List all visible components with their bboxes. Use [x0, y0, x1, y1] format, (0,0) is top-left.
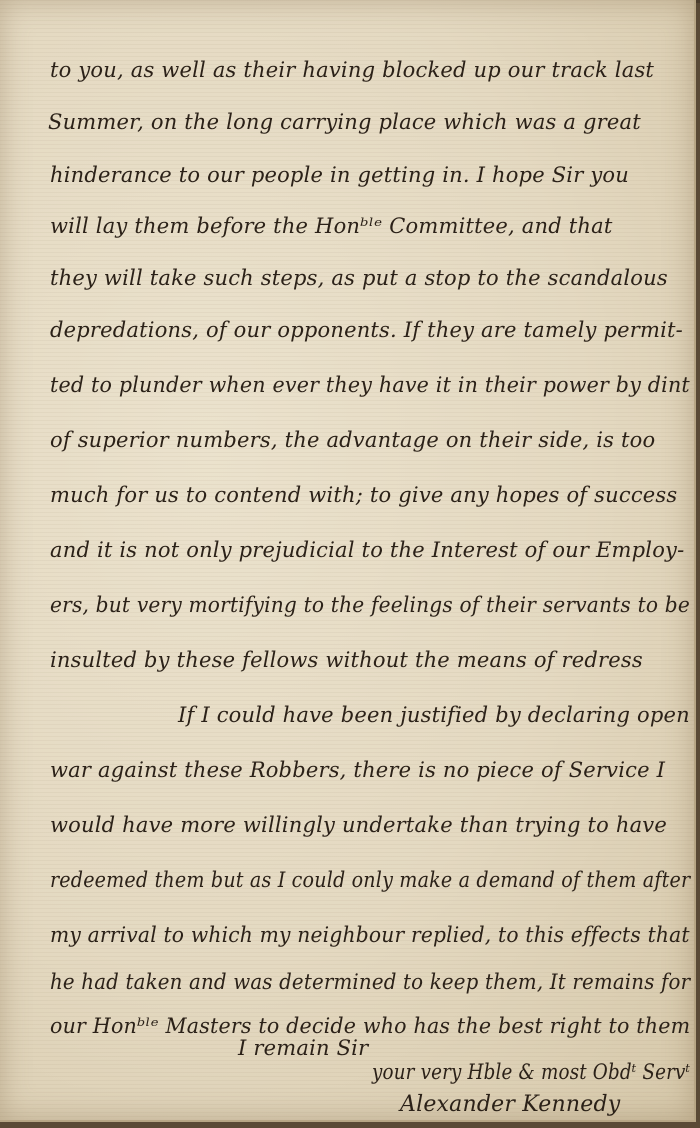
letter-line-10: and it is not only prejudicial to the In…: [50, 538, 684, 562]
letter-line-6: depredations, of our opponents. If they …: [50, 318, 683, 342]
letter-line-4: will lay them before the Honᵇˡᵉ Committe…: [50, 214, 612, 238]
letter-line-16: redeemed them but as I could only make a…: [50, 868, 690, 892]
letter-line-5: they will take such steps, as put a stop…: [50, 266, 668, 290]
letter-line-15: would have more willingly undertake than…: [50, 813, 667, 837]
letter-line-19: our Honᵇˡᵉ Masters to decide who has the…: [50, 1014, 690, 1038]
letter-line-8: of superior numbers, the advantage on th…: [50, 428, 655, 452]
letter-line-7: ted to plunder when ever they have it in…: [50, 373, 690, 397]
letter-line-14: war against these Robbers, there is no p…: [50, 758, 665, 782]
closing-line: I remain Sir: [238, 1036, 368, 1060]
letter-line-12: insulted by these fellows without the me…: [50, 648, 643, 672]
manuscript-page: to you, as well as their having blocked …: [0, 0, 696, 1122]
letter-line-11: ers, but very mortifying to the feelings…: [50, 593, 690, 617]
letter-line-17: my arrival to which my neighbour replied…: [50, 923, 690, 947]
letter-line-18: he had taken and was determined to keep …: [50, 970, 690, 994]
signature: Alexander Kennedy: [400, 1092, 620, 1117]
letter-line-13: If I could have been justified by declar…: [178, 703, 690, 727]
letter-line-3: hinderance to our people in getting in. …: [50, 163, 629, 187]
valediction-line: your very Hble & most Obdᵗ Servᵗ: [372, 1060, 690, 1084]
letter-line-1: to you, as well as their having blocked …: [50, 58, 654, 82]
letter-line-2: Summer, on the long carrying place which…: [48, 110, 641, 134]
letter-line-9: much for us to contend with; to give any…: [50, 483, 677, 507]
